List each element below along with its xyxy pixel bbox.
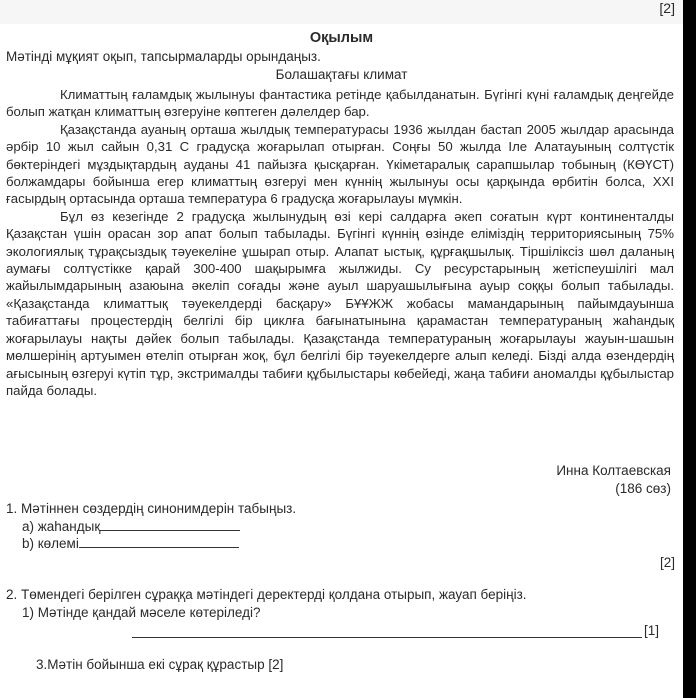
answer-blank-1a[interactable] xyxy=(100,518,240,531)
text-title: Болашақтағы климат xyxy=(0,67,683,82)
previous-mark: [2] xyxy=(659,0,675,16)
section-title: Оқылым xyxy=(0,30,683,46)
paragraph: Климаттың ғаламдық жылынуы фантастика ре… xyxy=(6,86,674,121)
question-1-prompt: 1. Мәтіннен сөздердің синонимдерін табың… xyxy=(6,501,296,516)
question-1b-label: b) көлемі xyxy=(22,536,79,551)
question-3-prompt: 3.Мәтін бойынша екі сұрақ құрастыр [2] xyxy=(36,657,283,672)
answer-line-2[interactable] xyxy=(132,637,642,638)
answer-blank-1b[interactable] xyxy=(79,535,239,548)
author: Инна Колтаевская xyxy=(556,463,671,478)
worksheet-page: [2] Оқылым Мәтінді мұқият оқып, тапсырма… xyxy=(0,0,683,698)
question-2-prompt: 2. Төмендегі берілген сұраққа мәтіндегі … xyxy=(6,587,527,602)
question-1-mark: [2] xyxy=(660,555,675,570)
word-count: (186 сөз) xyxy=(615,481,671,496)
question-2-mark: [1] xyxy=(644,623,659,638)
paragraph: Қазақстанда ауаның орташа жылдық темпера… xyxy=(6,121,674,208)
instruction: Мәтінді мұқият оқып, тапсырмаларды орынд… xyxy=(6,49,321,64)
right-edge-bar xyxy=(683,0,696,698)
question-2-sub: 1) Мәтінде қандай мәселе көтеріледі? xyxy=(22,605,261,620)
question-1a: а) жаһандық xyxy=(22,518,240,534)
paragraph: Бұл өз кезегінде 2 градусқа жылынудың өз… xyxy=(6,208,674,399)
question-1a-label: а) жаһандық xyxy=(22,519,100,534)
question-1b: b) көлемі xyxy=(22,535,239,551)
reading-text: Климаттың ғаламдық жылынуы фантастика ре… xyxy=(6,86,674,399)
